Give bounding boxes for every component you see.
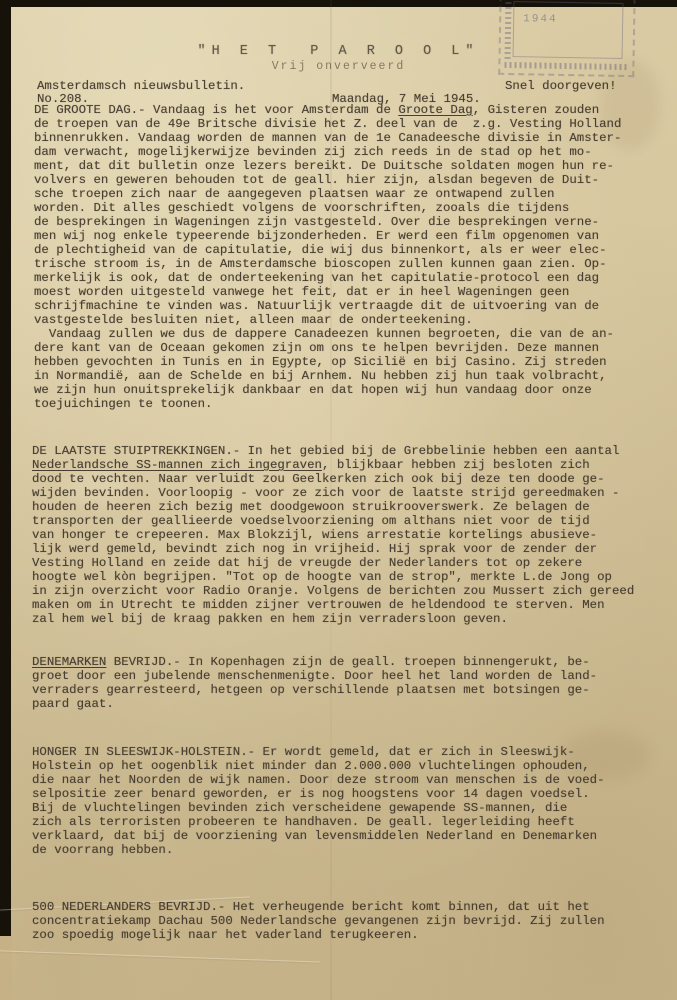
page-title: "H E T P A R O O L": [0, 44, 677, 59]
article-text-underlined: Nederlandsche SS-mannen zich ingegraven: [32, 458, 322, 472]
scanned-newspaper-page: 1944 "H E T P A R O O L" Vrij onverveerd…: [0, 0, 677, 1000]
article-de-laatste-stuiptrekkingen: DE LAATSTE STUIPTREKKINGEN.- In het gebi…: [32, 444, 634, 626]
article-text: , Gisteren zouden de troepen van de 49e …: [34, 103, 621, 411]
forward-note: Snel doorgeven!: [505, 79, 617, 93]
stamp-year: 1944: [523, 13, 558, 26]
article-text: DE LAATSTE STUIPTREKKINGEN.- In het gebi…: [32, 444, 619, 458]
article-de-groote-dag: DE GROOTE DAG.- Vandaag is het voor Amst…: [34, 103, 621, 411]
article-text-underlined: DENEMARKEN: [32, 655, 106, 669]
bulletin-label: Amsterdamsch nieuwsbulletin.: [37, 79, 245, 93]
page-motto: Vrij onverveerd: [0, 60, 677, 73]
article-honger-in-sleeswijk-holstein: HONGER IN SLEESWIJK-HOLSTEIN.- Er wordt …: [32, 745, 605, 857]
article-text-underlined: Groote Dag: [398, 103, 472, 117]
article-denemarken-bevrijd: DENEMARKEN BEVRIJD.- In Kopenhagen zijn …: [32, 655, 597, 711]
article-text: , blijkbaar hebben zij besloten zich doo…: [32, 458, 634, 626]
article-text: BEVRIJD.- In Kopenhagen zijn de geall. t…: [32, 655, 597, 711]
paper-edge-bottom-left: [0, 936, 12, 1000]
article-500-nederlanders-bevrijd: 500 NEDERLANDERS BEVRIJD.- Het verheugen…: [32, 900, 605, 942]
article-text: HONGER IN SLEESWIJK-HOLSTEIN.- Er wordt …: [32, 745, 605, 857]
article-text: 500 NEDERLANDERS BEVRIJD.- Het verheugen…: [32, 900, 605, 942]
article-text: DE GROOTE DAG.- Vandaag is het voor Amst…: [34, 103, 398, 117]
